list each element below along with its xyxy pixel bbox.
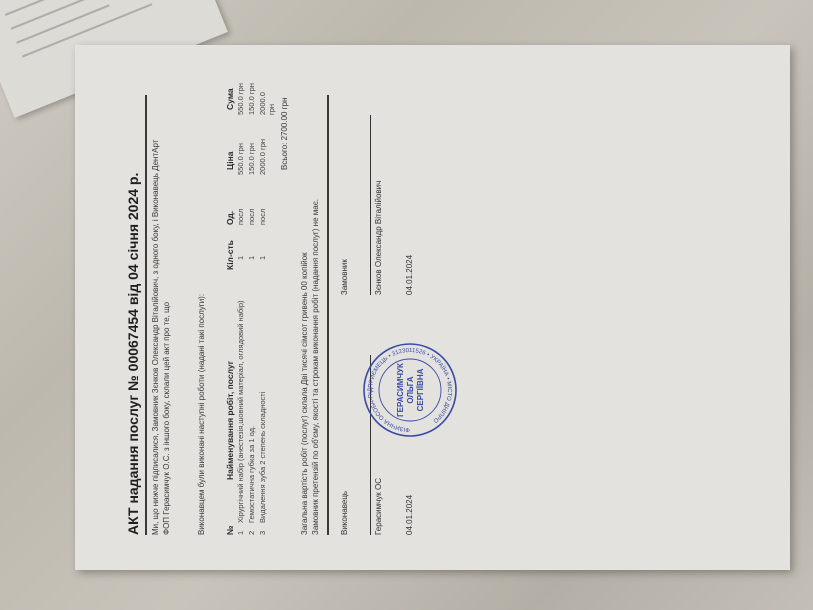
table-cell: 1 <box>236 256 245 260</box>
table-cell: 3 <box>258 531 267 535</box>
table-cell: Хірургічний набір (анестезія,шовний мате… <box>236 300 245 523</box>
intro-line-2: ФОП Герасимчук О.С. з іншого боку, склал… <box>162 302 171 535</box>
services-table: № Найменування робіт, послуг Кіл-сть Од.… <box>225 80 269 535</box>
table-row: 3Видалення зуба 2 степень складності1пос… <box>258 80 269 535</box>
table-cell: посл <box>258 209 267 225</box>
company-stamp: ФІЗИЧНА ОСОБА-ПІДПРИЄМЕЦЬ • 3123011526 •… <box>360 340 460 440</box>
col-name: Найменування робіт, послуг <box>225 361 235 480</box>
executor-label: Виконавець <box>340 491 349 535</box>
col-unit: Од. <box>225 211 235 225</box>
table-cell: 550.0 грн <box>236 143 245 175</box>
customer-label: Замовник <box>340 259 349 295</box>
services-intro: Виконавцем були виконані наступні роботи… <box>197 294 206 535</box>
table-cell: 2000.0 грн <box>258 139 267 175</box>
customer-name: Зєнков Олександр Віталійович <box>374 181 383 295</box>
col-sum: Сума <box>225 88 235 110</box>
table-cell: 1 <box>247 256 256 260</box>
table-row: 2Гемостатична губка за 1 од.1посл150.0 г… <box>247 80 258 535</box>
table-header: № Найменування робіт, послуг Кіл-сть Од.… <box>225 80 236 535</box>
table-cell: 2000.0 грн <box>258 80 276 115</box>
intro-line-1: Ми, що нижче підписалися, Замовник Зєнко… <box>151 140 160 535</box>
svg-text:СЕРГІЇВНА: СЕРГІЇВНА <box>416 368 425 411</box>
table-cell: 150.0 грн <box>247 83 256 115</box>
table-row: 1Хірургічний набір (анестезія,шовний мат… <box>236 80 247 535</box>
table-cell: посл <box>236 209 245 225</box>
svg-text:ОЛЬГА: ОЛЬГА <box>406 376 415 403</box>
executor-name: Герасимчук ОС <box>374 478 383 535</box>
table-cell: 150.0 грн <box>247 143 256 175</box>
total: Всього: 2700.00 грн <box>280 97 289 170</box>
document-sheet: АКТ надання послуг № 00067454 від 04 січ… <box>75 45 790 570</box>
title-divider <box>145 95 147 535</box>
customer-date: 04.01.2024 <box>405 255 414 295</box>
table-cell: 2 <box>247 531 256 535</box>
page-title: АКТ надання послуг № 00067454 від 04 січ… <box>125 173 141 535</box>
customer-signature-line <box>370 115 371 295</box>
table-cell: 1 <box>258 256 267 260</box>
executor-date: 04.01.2024 <box>405 495 414 535</box>
table-cell: 550.0 грн <box>236 83 245 115</box>
col-qty: Кіл-сть <box>225 240 235 270</box>
table-cell: Видалення зуба 2 степень складності <box>258 392 267 523</box>
svg-text:ГЕРАСИМЧУК: ГЕРАСИМЧУК <box>396 363 405 417</box>
act-page: АКТ надання послуг № 00067454 від 04 січ… <box>75 45 790 570</box>
col-price: Ціна <box>225 152 235 170</box>
total-words: Загальна вартість робіт (послуг) склала … <box>300 252 309 535</box>
footer-divider <box>327 95 329 535</box>
claims-text: Замовник претензій по об'єму, якості та … <box>311 199 320 535</box>
col-number: № <box>225 526 235 535</box>
table-cell: 1 <box>236 531 245 535</box>
table-cell: посл <box>247 209 256 225</box>
table-cell: Гемостатична губка за 1 од. <box>247 426 256 523</box>
